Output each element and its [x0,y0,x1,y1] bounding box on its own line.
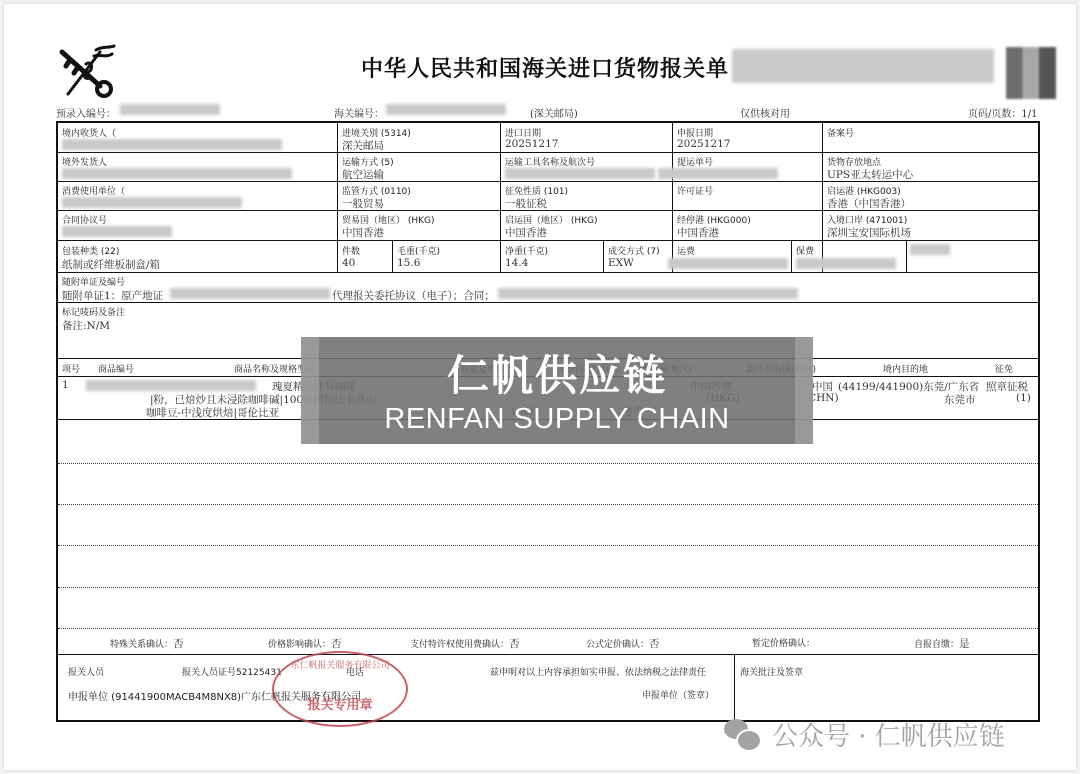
storage-location-value: UPS亚太转运中心 [827,167,913,182]
redacted-barcode [732,49,994,83]
wechat-account-watermark: 公众号 · 仁帆供应链 [724,716,1005,753]
confirm-price-influence: 价格影响确认：否 [268,636,342,651]
seal-arc-text: 东仁帆报关服务有限公司 [282,658,398,671]
gross-weight-value: 15.6 [397,257,420,269]
redacted-consumer-unit [62,197,242,208]
redacted-bill-of-lading [658,168,778,179]
brand-watermark: 仁帆供应链 RENFAN SUPPLY CHAIN [301,337,813,444]
company-seal: 东仁帆报关服务有限公司 报关专用章 [272,651,408,727]
attached-docs-value-b: 代理报关委托协议（电子）；合同； [332,288,495,303]
transaction-mode-label: 成交方式 (7) [608,244,660,257]
domestic-consignee-label: 境内收货人（ [62,126,116,139]
watermark-cn: 仁帆供应链 [301,343,813,403]
confirm-special-relation: 特殊关系确认：否 [110,636,184,651]
levy-nature-value: 一般征税 [505,196,547,211]
declare-date-value: 20251217 [677,138,730,150]
marks-remarks-value: 备注:N/M [62,318,110,333]
item-levy-code: (1) [1016,392,1031,404]
item-name-line3: 咖啡豆-中浅度烘焙|哥伦比亚 [146,405,279,420]
overseas-shipper-label: 境外发货人 [62,155,107,168]
wechat-account-text: 公众号 · 仁帆供应链 [772,716,1005,753]
confirm-formula-price: 公式定价确认：否 [586,636,660,651]
entry-customs-value: 深关邮局 [342,138,384,153]
entry-port-value: 深圳宝安国际机场 [827,225,911,240]
redacted-freight [668,258,788,269]
vehicle-voyage-label: 运输工具名称及航次号 [505,155,595,168]
customs-no-label: 海关编号： [334,105,384,120]
seal-center-text: 报关专用章 [274,694,406,713]
page-info: 页码/页数：1/1 [968,105,1037,120]
package-type-value: 纸制或纤维板制盒/箱 [62,257,160,272]
col-hs-code: 商品编号 [98,362,134,375]
pre-entry-no-label: 预录入编号： [56,105,116,120]
redacted-attached-docs [170,288,330,299]
net-weight-label: 净重(千克) [505,244,548,257]
transport-mode-value: 航空运输 [342,167,384,182]
confirm-self-declare: 自报自缴：是 [914,636,970,651]
confirm-provisional-price: 暂定价格确认： [752,636,815,649]
license-no-label: 许可证号 [677,184,713,197]
bill-of-lading-label: 提运单号 [677,155,713,168]
supervision-mode-value: 一般贸易 [342,196,384,211]
declarant-cert-label: 报关人员证号52125431 [182,665,282,678]
package-type-label: 包装种类 (22) [62,244,119,257]
confirm-royalty: 支付特许权使用费确认：否 [410,636,520,651]
declarant-signature: 申报单位（签章） [642,688,714,701]
customs-office: (深关邮局) [530,105,578,120]
pieces-value: 40 [342,257,355,269]
contract-no-label: 合同协议号 [62,213,107,226]
redacted-qr-code [1006,47,1056,99]
redacted-attached-docs-2 [498,288,798,299]
col-item-no: 项号 [62,362,80,375]
customs-declaration-sheet: 中华人民共和国海关进口货物报关单 预录入编号： 海关编号： (深关邮局) 仅供核… [4,4,1076,770]
redacted-consignee [62,139,282,150]
watermark-en: RENFAN SUPPLY CHAIN [301,403,813,436]
wechat-icon [724,717,764,753]
departure-country-value: 中国香港 [505,225,547,240]
item-no: 1 [62,379,69,391]
redacted-pre-entry-no [120,104,220,115]
marks-remarks-label: 标记唛码及备注 [62,305,125,318]
attached-docs-label: 随附单证及编号 [62,275,125,288]
customs-emblem-icon [56,44,118,100]
col-domestic-dest: 境内目的地 [883,362,928,375]
redacted-shipper [62,168,292,179]
pieces-label: 件数 [342,244,360,257]
document-title: 中华人民共和国海关进口货物报关单 [361,52,729,83]
item-domestic-dest-city: 东莞市 [944,392,976,407]
gross-weight-label: 毛重(千克) [397,244,440,257]
record-no-label: 备案号 [827,126,854,139]
redacted-insurance [796,258,896,269]
consumer-unit-label: 消费使用单位（ [62,184,125,197]
import-date-value: 20251217 [505,138,558,150]
insurance-label: 保费 [796,244,814,257]
trade-country-value: 中国香港 [342,225,384,240]
attached-docs-value-a: 随附单证1：原产地证 [62,288,163,303]
transit-port-value: 中国香港 [677,225,719,240]
redacted-hs-code [86,380,256,391]
redacted-misc [910,244,950,255]
declarant-person-label: 报关人员 [68,665,104,678]
redacted-voyage [505,168,655,179]
freight-label: 运费 [677,244,695,257]
redacted-contract-no [62,226,172,237]
customs-remarks-label: 海关批注及签章 [740,665,803,678]
departure-port-value: 香港（中国香港） [827,196,911,211]
redacted-customs-no [386,104,506,115]
transaction-mode-value: EXW [608,257,634,269]
net-weight-value: 14.4 [505,257,528,269]
verification-note: 仅供核对用 [740,105,790,120]
col-levy: 征免 [995,362,1013,375]
declarant-statement: 兹申明对以上内容承担如实申报、依法纳税之法律责任 [490,665,706,678]
